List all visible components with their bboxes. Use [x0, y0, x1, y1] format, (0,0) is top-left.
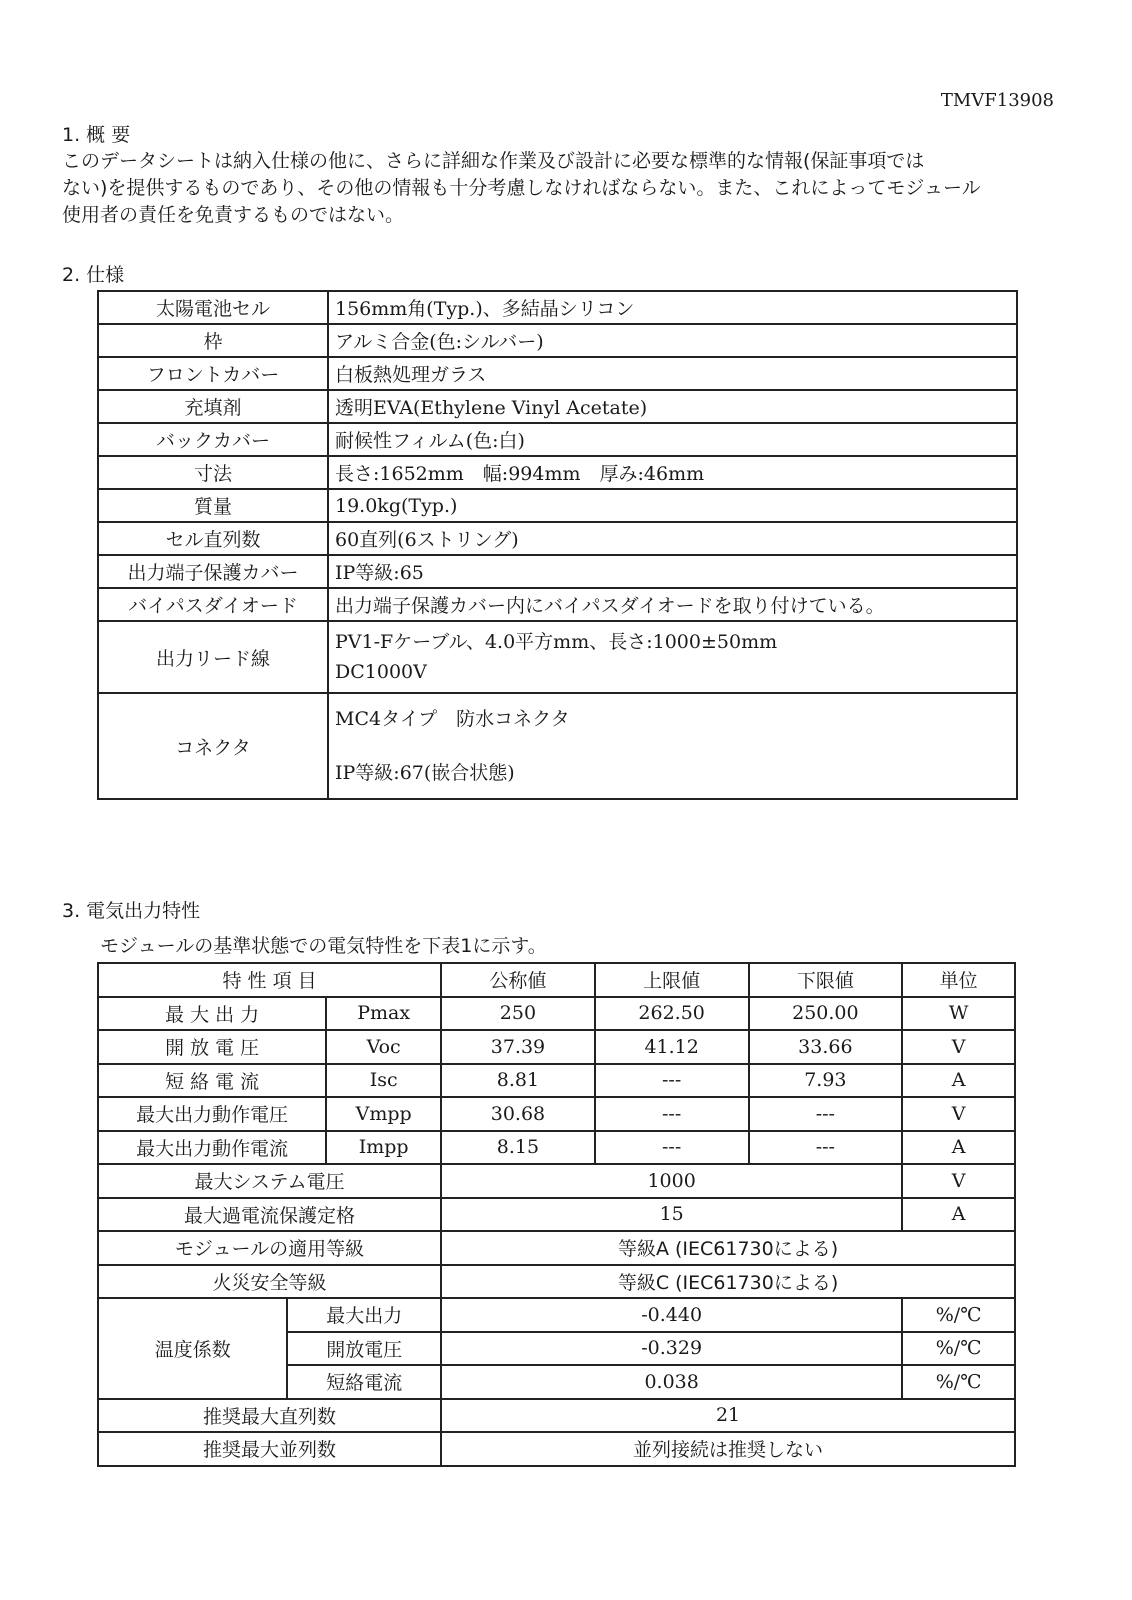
spec-label: 寸法 [98, 456, 328, 489]
table-row: 最 大 出 力 Pmax 250 262.50 250.00 W [98, 997, 1015, 1031]
nominal-value: 37.39 [441, 1030, 595, 1064]
lower-value: 7.93 [749, 1064, 903, 1098]
overview-line: 使用者の責任を免責するものではない。 [62, 202, 1062, 229]
spec-value: 長さ:1652mm 幅:994mm 厚み:46mm [328, 456, 1017, 489]
section3-heading: 3. 電気出力特性 [62, 896, 200, 923]
spec-label: 出力リード線 [98, 621, 328, 693]
spec-label: 枠 [98, 324, 328, 357]
unit: V [902, 1164, 1015, 1198]
item-name: 短絡電流 [287, 1365, 441, 1399]
table-row: 火災安全等級 等級C (IEC61730による) [98, 1265, 1015, 1299]
section1-heading: 1. 概 要 [62, 120, 130, 147]
spec-value: アルミ合金(色:シルバー) [328, 324, 1017, 357]
spec-label: コネクタ [98, 693, 328, 799]
nominal-value: 30.68 [441, 1097, 595, 1131]
item-name: 最大過電流保護定格 [98, 1198, 441, 1232]
table-row: 最大システム電圧 1000 V [98, 1164, 1015, 1198]
section2-heading: 2. 仕様 [62, 260, 124, 287]
table-row: セル直列数60直列(6ストリング) [98, 522, 1017, 555]
item-name: 推奨最大並列数 [98, 1432, 441, 1466]
item-name: 最大出力動作電流 [98, 1131, 326, 1165]
item-value: -0.440 [441, 1298, 902, 1332]
overview-paragraph: このデータシートは納入仕様の他に、さらに詳細な作業及び設計に必要な標準的な情報(… [62, 148, 1062, 229]
spec-label: セル直列数 [98, 522, 328, 555]
spec-value-line: IP等級:67(嵌合状態) [335, 760, 1010, 787]
spec-value: PV1-Fケーブル、4.0平方mm、長さ:1000±50mm DC1000V [328, 621, 1017, 693]
upper-value: 41.12 [595, 1030, 749, 1064]
spec-value: 19.0kg(Typ.) [328, 489, 1017, 522]
item-name: 短 絡 電 流 [98, 1064, 326, 1098]
item-symbol: Vmpp [326, 1097, 441, 1131]
unit: V [902, 1097, 1015, 1131]
overview-line: このデータシートは納入仕様の他に、さらに詳細な作業及び設計に必要な標準的な情報(… [62, 148, 1062, 175]
spec-value: IP等級:65 [328, 555, 1017, 588]
spec-label: 充填剤 [98, 390, 328, 423]
table-row: コネクタ MC4タイプ 防水コネクタ IP等級:67(嵌合状態) [98, 693, 1017, 799]
header-upper: 上限値 [595, 963, 749, 997]
item-name: 推奨最大直列数 [98, 1399, 441, 1433]
header-unit: 単位 [902, 963, 1015, 997]
spec-value: 白板熱処理ガラス [328, 357, 1017, 390]
spec-value-line: MC4タイプ 防水コネクタ [335, 706, 1010, 733]
header-nominal: 公称値 [441, 963, 595, 997]
item-symbol: Voc [326, 1030, 441, 1064]
header-lower: 下限値 [749, 963, 903, 997]
spec-label: 出力端子保護カバー [98, 555, 328, 588]
item-value: 等級C (IEC61730による) [441, 1265, 1015, 1299]
table-header-row: 特 性 項 目 公称値 上限値 下限値 単位 [98, 963, 1015, 997]
item-name: 火災安全等級 [98, 1265, 441, 1299]
item-name: 最大システム電圧 [98, 1164, 441, 1198]
table-row: モジュールの適用等級 等級A (IEC61730による) [98, 1231, 1015, 1265]
unit: A [902, 1198, 1015, 1232]
table-row: 枠アルミ合金(色:シルバー) [98, 324, 1017, 357]
nominal-value: 250 [441, 997, 595, 1031]
nominal-value: 8.15 [441, 1131, 595, 1165]
spec-value: 60直列(6ストリング) [328, 522, 1017, 555]
electrical-table: 特 性 項 目 公称値 上限値 下限値 単位 最 大 出 力 Pmax 250 … [97, 962, 1016, 1467]
spec-label: バックカバー [98, 423, 328, 456]
spec-value: 156mm角(Typ.)、多結晶シリコン [328, 291, 1017, 324]
item-symbol: Impp [326, 1131, 441, 1165]
unit: A [902, 1131, 1015, 1165]
table-row: 出力端子保護カバーIP等級:65 [98, 555, 1017, 588]
upper-value: --- [595, 1097, 749, 1131]
table-row: バイパスダイオード出力端子保護カバー内にバイパスダイオードを取り付けている。 [98, 588, 1017, 621]
item-name: 開 放 電 圧 [98, 1030, 326, 1064]
lower-value: --- [749, 1097, 903, 1131]
table-row: 温度係数 最大出力 -0.440 %/℃ [98, 1298, 1015, 1332]
upper-value: 262.50 [595, 997, 749, 1031]
spec-value: 出力端子保護カバー内にバイパスダイオードを取り付けている。 [328, 588, 1017, 621]
item-name: 開放電圧 [287, 1332, 441, 1366]
table-row: 短 絡 電 流 Isc 8.81 --- 7.93 A [98, 1064, 1015, 1098]
spec-label: バイパスダイオード [98, 588, 328, 621]
document-id: TMVF13908 [941, 90, 1054, 111]
lower-value: --- [749, 1131, 903, 1165]
overview-line: ない)を提供するものであり、その他の情報も十分考慮しなければならない。また、これ… [62, 175, 1062, 202]
spec-value-line: PV1-Fケーブル、4.0平方mm、長さ:1000±50mm [335, 627, 1010, 657]
table-row: 推奨最大並列数 並列接続は推奨しない [98, 1432, 1015, 1466]
item-value: 0.038 [441, 1365, 902, 1399]
spec-value: 透明EVA(Ethylene Vinyl Acetate) [328, 390, 1017, 423]
item-value: -0.329 [441, 1332, 902, 1366]
unit: V [902, 1030, 1015, 1064]
table-row: 開 放 電 圧 Voc 37.39 41.12 33.66 V [98, 1030, 1015, 1064]
table-row: 出力リード線 PV1-Fケーブル、4.0平方mm、長さ:1000±50mm DC… [98, 621, 1017, 693]
table-row: 最大出力動作電流 Impp 8.15 --- --- A [98, 1131, 1015, 1165]
table-row: バックカバー耐候性フィルム(色:白) [98, 423, 1017, 456]
spec-label: 太陽電池セル [98, 291, 328, 324]
item-value: 1000 [441, 1164, 902, 1198]
spec-label: フロントカバー [98, 357, 328, 390]
spec-value: MC4タイプ 防水コネクタ IP等級:67(嵌合状態) [328, 693, 1017, 799]
item-value: 15 [441, 1198, 902, 1232]
spec-table: 太陽電池セル156mm角(Typ.)、多結晶シリコン 枠アルミ合金(色:シルバー… [97, 290, 1018, 800]
unit: A [902, 1064, 1015, 1098]
lower-value: 250.00 [749, 997, 903, 1031]
table-row: フロントカバー白板熱処理ガラス [98, 357, 1017, 390]
item-symbol: Isc [326, 1064, 441, 1098]
table-row: 寸法長さ:1652mm 幅:994mm 厚み:46mm [98, 456, 1017, 489]
section3-intro: モジュールの基準状態での電気特性を下表1に示す。 [100, 931, 547, 958]
spec-value: 耐候性フィルム(色:白) [328, 423, 1017, 456]
upper-value: --- [595, 1064, 749, 1098]
unit: %/℃ [902, 1298, 1015, 1332]
lower-value: 33.66 [749, 1030, 903, 1064]
nominal-value: 8.81 [441, 1064, 595, 1098]
header-item: 特 性 項 目 [98, 963, 441, 997]
item-value: 21 [441, 1399, 1015, 1433]
unit: %/℃ [902, 1332, 1015, 1366]
item-name: 最 大 出 力 [98, 997, 326, 1031]
unit: W [902, 997, 1015, 1031]
item-name: 最大出力動作電圧 [98, 1097, 326, 1131]
spec-label: 質量 [98, 489, 328, 522]
item-value: 等級A (IEC61730による) [441, 1231, 1015, 1265]
item-value: 並列接続は推奨しない [441, 1432, 1015, 1466]
temp-coef-label: 温度係数 [98, 1298, 287, 1399]
table-row: 太陽電池セル156mm角(Typ.)、多結晶シリコン [98, 291, 1017, 324]
unit: %/℃ [902, 1365, 1015, 1399]
table-row: 最大過電流保護定格 15 A [98, 1198, 1015, 1232]
item-name: 最大出力 [287, 1298, 441, 1332]
table-row: 質量19.0kg(Typ.) [98, 489, 1017, 522]
item-symbol: Pmax [326, 997, 441, 1031]
table-row: 推奨最大直列数 21 [98, 1399, 1015, 1433]
upper-value: --- [595, 1131, 749, 1165]
table-row: 充填剤透明EVA(Ethylene Vinyl Acetate) [98, 390, 1017, 423]
spec-value-line: DC1000V [335, 657, 1010, 687]
table-row: 最大出力動作電圧 Vmpp 30.68 --- --- V [98, 1097, 1015, 1131]
item-name: モジュールの適用等級 [98, 1231, 441, 1265]
